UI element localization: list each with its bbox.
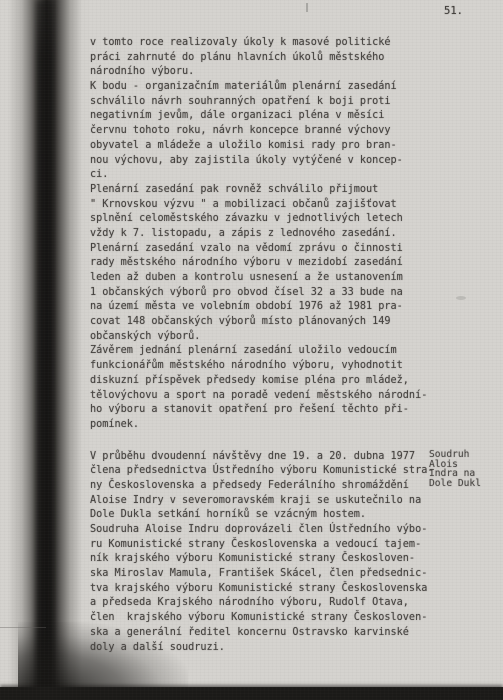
- text-line: Aloise Indry v severomoravském kraji se …: [90, 494, 433, 509]
- text-line: práci zahrnuté do plánu hlavních úkolů m…: [90, 51, 433, 66]
- text-line: ska a generální ředitel koncernu Ostravs…: [90, 626, 433, 641]
- text-line: schválilo návrh souhranných opatření k b…: [90, 95, 433, 110]
- text-line: K bodu - organizačním materiálům plenárn…: [90, 80, 433, 95]
- text-line: covat 148 občanských výborů místo plánov…: [90, 315, 433, 330]
- text-line: na území města ve volebním období 1976 a…: [90, 300, 433, 315]
- text-line: doly a další soudruzi.: [90, 641, 433, 656]
- scan-artifact: [306, 3, 308, 12]
- text-line: obyvatel a mládeže a uložilo komisi rady…: [90, 139, 433, 154]
- text-line: vždy k 7. listopadu, a zápis z lednového…: [90, 227, 433, 242]
- text-line: Dole Dukl: [429, 479, 481, 489]
- text-line: ho výboru a stanovit opatření pro řešení…: [90, 403, 433, 418]
- document-body: v tomto roce realizovaly úkoly k masové …: [90, 36, 433, 655]
- text-line: člena předsednictva Ústředního výboru Ko…: [90, 464, 433, 479]
- text-line: pomínek.: [90, 418, 433, 433]
- text-line: " Krnovskou výzvu " a mobilizaci občanů …: [90, 198, 433, 213]
- text-line: občanských výborů.: [90, 330, 433, 345]
- text-line: V průběhu dvoudenní návštěvy dne 19. a 2…: [90, 450, 433, 465]
- scanned-document-page: 51. v tomto roce realizovaly úkoly k mas…: [0, 0, 503, 700]
- text-line: rady městského národního výboru v mezido…: [90, 256, 433, 271]
- text-line: ník krajského výboru Komunistické strany…: [90, 552, 433, 567]
- text-line: Plenární zasedání vzalo na vědomí zprávu…: [90, 242, 433, 257]
- text-line: ska Miroslav Mamula, František Skácel, č…: [90, 567, 433, 582]
- text-line: červnu tohoto roku, návrh koncepce brann…: [90, 124, 433, 139]
- text-line: tva krajského výboru Komunistické strany…: [90, 582, 433, 597]
- paragraph-indra-visit: V průběhu dvoudenní návštěvy dne 19. a 2…: [90, 450, 433, 656]
- paragraph-city-committee: v tomto roce realizovaly úkoly k masové …: [90, 36, 433, 433]
- text-line: Plenární zasedání pak rovněž schválilo p…: [90, 183, 433, 198]
- book-binding-shadow-core: [36, 0, 54, 700]
- text-line: ci.: [90, 168, 433, 183]
- text-line: v tomto roce realizovaly úkoly k masové …: [90, 36, 433, 51]
- text-line: člen krajského výboru Komunistické stran…: [90, 611, 433, 626]
- page-number: 51.: [444, 5, 463, 17]
- text-line: Závěrem jednání plenární zasedání uložil…: [90, 344, 433, 359]
- text-line: leden až duben a kontrolu usnesení a že …: [90, 271, 433, 286]
- text-line: splnění celoměstského závazku v jednotli…: [90, 212, 433, 227]
- text-line: negativním jevům, dále organizaci pléna …: [90, 109, 433, 124]
- margin-note: SoudruhAloisIndra naDole Dukl: [429, 450, 481, 489]
- text-line: a předseda Krajského národního výboru, R…: [90, 596, 433, 611]
- text-line: ny Československa a předsedy Federálního…: [90, 479, 433, 494]
- text-line: funkcionářům městského národního výboru,…: [90, 359, 433, 374]
- text-line: diskuzní příspěvek předsedy komise pléna…: [90, 374, 433, 389]
- text-line: Dole Dukla setkání horníků se vzácným ho…: [90, 508, 433, 523]
- text-line: ru Komunistické strany Československa a …: [90, 538, 433, 553]
- text-line: Soudruha Aloise Indru doprovázeli člen Ú…: [90, 523, 433, 538]
- text-line: nou výchovu, aby zajistila úkoly vytýčen…: [90, 154, 433, 169]
- text-line: tělovýchovu a sport na poradě vedení měs…: [90, 389, 433, 404]
- scan-artifact: [456, 296, 466, 300]
- text-line: národního výboru.: [90, 65, 433, 80]
- text-line: 1 občanských výborů pro obvod čísel 32 a…: [90, 286, 433, 301]
- scan-bottom-edge: [0, 687, 503, 700]
